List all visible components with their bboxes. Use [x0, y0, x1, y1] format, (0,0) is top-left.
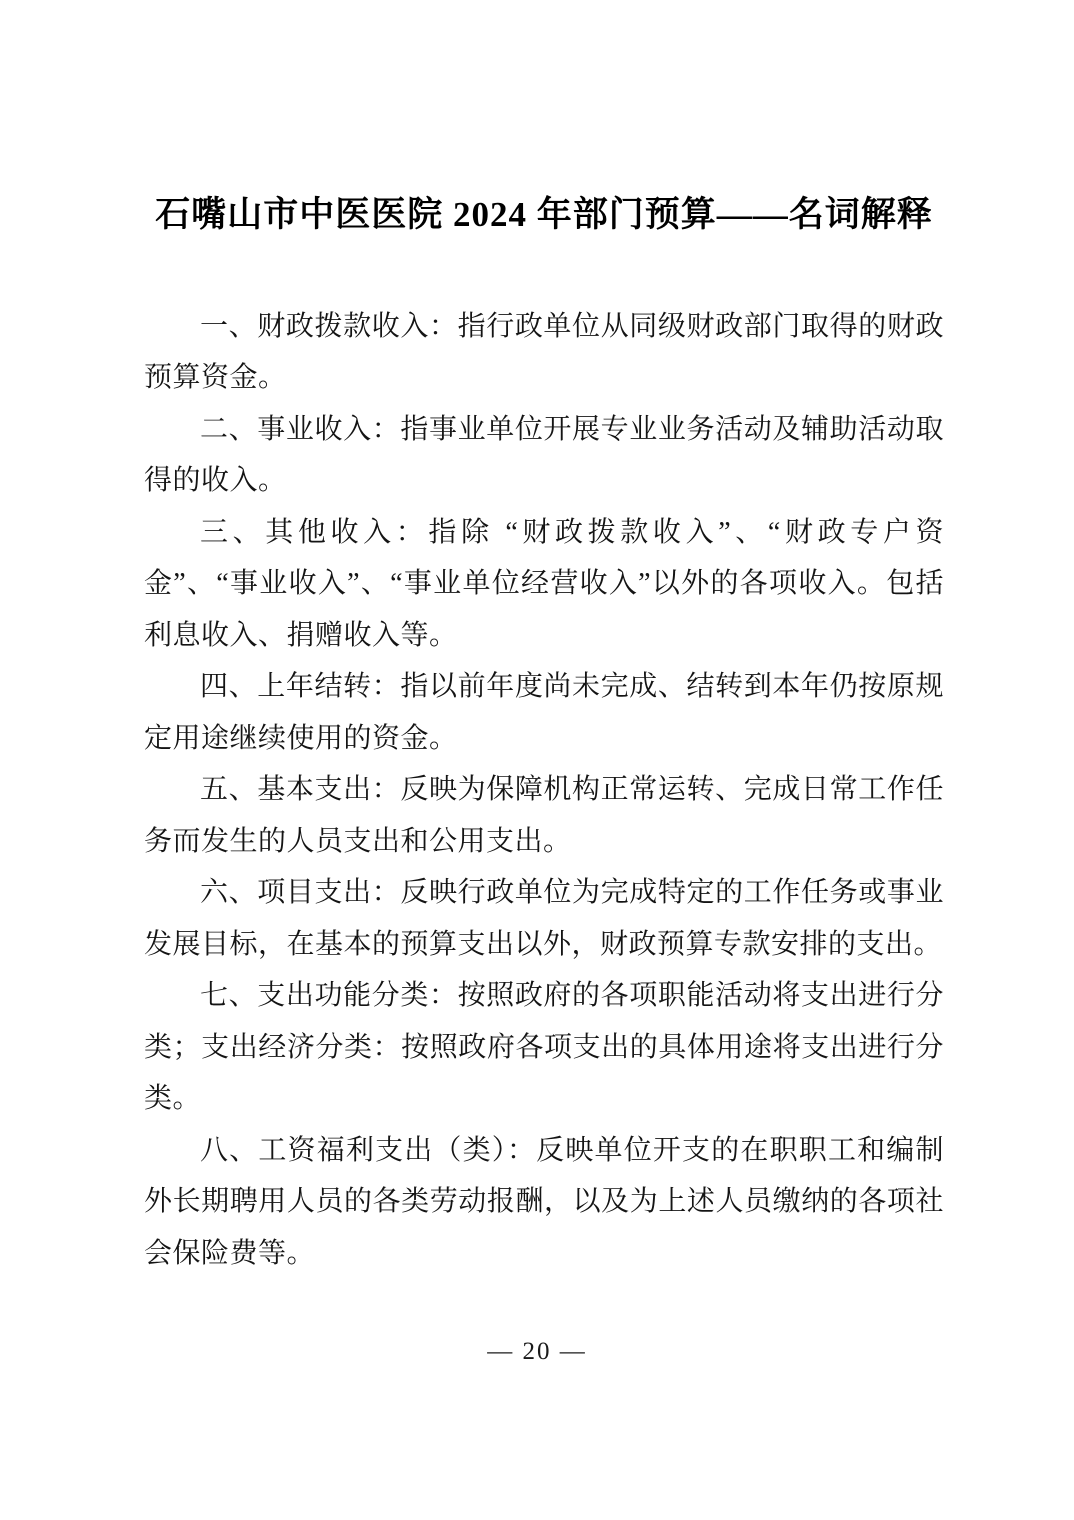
definitions-list: 一、财政拨款收入：指行政单位从同级财政部门取得的财政预算资金。二、事业收入：指事… — [144, 301, 944, 1280]
page-title: 石嘴山市中医医院 2024 年部门预算——名词解释 — [144, 193, 944, 237]
definition-paragraph: 四、上年结转：指以前年度尚未完成、结转到本年仍按原规定用途继续使用的资金。 — [144, 661, 944, 764]
definition-paragraph: 七、支出功能分类：按照政府的各项职能活动将支出进行分类；支出经济分类：按照政府各… — [144, 970, 944, 1125]
page-number: — 20 — — [0, 1338, 1074, 1366]
definition-paragraph: 三、其他收入：指除 “财政拨款收入”、“财政专户资金”、“事业收入”、“事业单位… — [144, 507, 944, 662]
definition-paragraph: 八、工资福利支出（类）：反映单位开支的在职职工和编制外长期聘用人员的各类劳动报酬… — [144, 1125, 944, 1280]
definition-paragraph: 六、项目支出：反映行政单位为完成特定的工作任务或事业发展目标，在基本的预算支出以… — [144, 867, 944, 970]
document-page: 石嘴山市中医医院 2024 年部门预算——名词解释 一、财政拨款收入：指行政单位… — [0, 0, 1074, 1520]
definition-paragraph: 一、财政拨款收入：指行政单位从同级财政部门取得的财政预算资金。 — [144, 301, 944, 404]
definition-paragraph: 二、事业收入：指事业单位开展专业业务活动及辅助活动取得的收入。 — [144, 404, 944, 507]
definition-paragraph: 五、基本支出：反映为保障机构正常运转、完成日常工作任务而发生的人员支出和公用支出… — [144, 764, 944, 867]
